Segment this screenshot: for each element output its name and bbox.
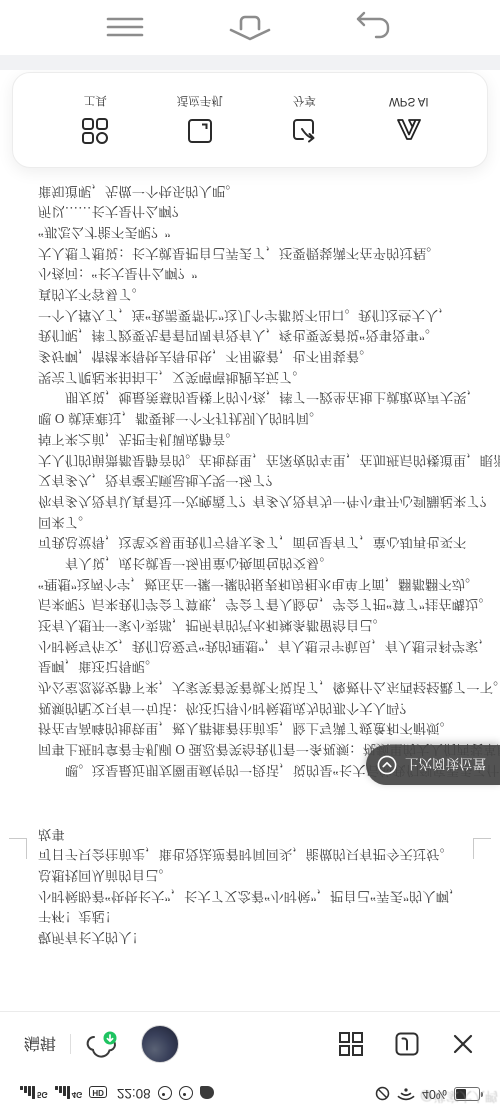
weibo-watermark: @谁家大人鸭 <box>420 1088 498 1107</box>
document-line: 敬所有长大的人！ <box>38 926 466 947</box>
canvas-gap <box>0 55 500 70</box>
toolbar-item-wps-ai[interactable]: WPS AI <box>357 96 462 145</box>
document-line: 回来了。 <box>38 511 466 532</box>
page-corner-mark <box>473 838 491 859</box>
document-line: 我们呢，摔了跤要先看看四周有没有人，疼也要笑着说“没事没事”。 <box>38 325 466 346</box>
edit-button[interactable]: 编辑 <box>24 1033 56 1056</box>
page-corner-mark <box>9 838 27 859</box>
chevron-down-circle-icon <box>377 755 397 775</box>
notification-chat-icon <box>200 1087 214 1100</box>
wps-ai-icon <box>394 115 424 145</box>
last-read-position-button[interactable]: 上次阅读位置 <box>366 745 500 785</box>
status-time: 22:08 <box>117 1087 151 1102</box>
notification-app-icon <box>179 1087 193 1101</box>
phone-screenshot: 5G 4G HD 22:08 40% @谁家大人 <box>0 0 500 1111</box>
document-line: 还有人想开一家小卖部，把所有的汽水和辣条都留给自己。 <box>38 614 466 635</box>
document-line: 大人想了想说：长大就是把自己弄丢了，还要假装满不在乎的过程。 <box>38 242 466 263</box>
document-line: 有人说，成长就是一场用童心换面包的交易。 <box>38 552 466 573</box>
wifi-icon <box>397 1087 415 1101</box>
document-line: 一个人撑久了，连“我需要帮忙”这几个字都说不出口。我们这些大人， <box>38 304 466 325</box>
document-line: 朋友说，她最羡慕的是楼下的小孩，摔了一跤坐在地上就敢放声大哭， <box>38 387 466 408</box>
cloud-sync-icon[interactable] <box>85 1031 119 1059</box>
document-line: 又有多久，没有毫无顾忌地大哭一场了？ <box>38 470 466 491</box>
document-line: 大人们的崩溃都是静音的。在地铁里，在深夜的车里，在加班后的楼道里，眼泪 <box>38 449 466 470</box>
document-line: 谁知道呢，先做一个快乐的人吧。 <box>38 180 466 201</box>
share-icon <box>289 117 319 147</box>
home-icon[interactable] <box>228 11 272 43</box>
document-line: 办公室忽然安静下来，大家笑着笑着就不说话了，像被什么东西轻轻戳了一下。 <box>38 676 466 697</box>
volte-hd-icon: HD <box>89 1087 107 1099</box>
document-line: 掉下来之前，先把手机调成静音。 <box>38 428 466 449</box>
document-line: 后来呢？后来我们学会了算账，学会了看人脸色，学会了把“算了”挂在嘴边。 <box>38 594 466 615</box>
network-type-sim1: 5G <box>37 1091 48 1100</box>
tools-grid-icon <box>80 117 110 147</box>
mute-icon <box>375 1087 390 1102</box>
signal-strength-sim1-icon: 5G <box>20 1087 48 1100</box>
document-line: 是啊，谁还记得呢。 <box>38 656 466 677</box>
document-line: 所以……长大是什么啊？ <box>38 201 466 222</box>
document-line: 可日子只会往前走，谁也没法逆着时间回头，能做的只有把今天过好。 <box>38 844 466 865</box>
close-icon[interactable] <box>450 1032 476 1058</box>
document-line: 哭完了爬起来拍拍土，又笑嘻嘻地跑去玩了。 <box>38 366 466 387</box>
last-read-position-label: 上次阅读位置 <box>405 755 486 775</box>
network-type-sim2: 4G <box>72 1091 83 1100</box>
recents-menu-icon[interactable] <box>103 11 147 43</box>
document-line: 干杯！走起！ <box>38 906 466 927</box>
toolbar-item-label: 分享 <box>293 94 316 110</box>
document-line: 可我总觉得，这笔交易里我们亏得太多了，面包是有了，童心却再也买不 <box>38 532 466 553</box>
document-line: 小时候写作文，我们总爱写“我的理想”，有人想当宇航员，有人想当科学家， <box>38 635 466 656</box>
wps-top-toolbar: 编辑 <box>0 1011 500 1077</box>
status-left-cluster: 5G 4G HD 22:08 <box>20 1087 214 1102</box>
notification-app-icon <box>158 1087 172 1101</box>
document-line: 小孩问：“长大是什么啊？” <box>38 263 466 284</box>
document-line: 你有多久没有认真看过一次晚霞了？有多久没有为一件小事开心到蹦起来了？ <box>38 490 466 511</box>
document-line: 故事 <box>38 823 466 844</box>
components-grid-icon[interactable] <box>338 1032 364 1058</box>
toolbar-item-fit-phone[interactable]: 适应手机 <box>148 94 253 147</box>
toolbar-divider <box>70 1035 71 1055</box>
toolbar-right-icons <box>338 1032 476 1058</box>
document-line: “那怎么才能不丢呢？” <box>38 221 466 242</box>
document-line: “理想”这两个字，被压在一摞一摞的报表和房租水电单下面，翻都翻不动。 <box>38 573 466 594</box>
toolbar-item-label: WPS AI <box>389 96 429 108</box>
flipped-screen: 5G 4G HD 22:08 40% @谁家大人 <box>0 0 500 1111</box>
toolbar-item-share[interactable]: 分享 <box>252 94 357 147</box>
toolbar-item-label: 适应手机 <box>177 94 223 110</box>
document-line: 总想找回从前的自己。 <box>38 864 466 885</box>
document-line: 真的太不容易了。 <box>38 283 466 304</box>
user-avatar[interactable] <box>141 1026 179 1064</box>
toolbar-item-tools[interactable]: 工具 <box>43 94 148 147</box>
mobile-view-icon[interactable] <box>394 1032 420 1058</box>
floating-toolbar: 工具 适应手机 分享 WPS AI <box>12 72 488 168</box>
document-text: 敬所有长大的人！干杯！走起！小时候盼着“快快长大”，长大了又念着“小时候”，把自… <box>38 180 466 947</box>
signal-strength-sim2-icon: 4G <box>55 1087 83 1100</box>
status-bar: 5G 4G HD 22:08 40% @谁家大人 <box>0 1077 500 1111</box>
document-line: 视频的配文只有一句话：你还记得小时候想成为的那个大人吗？ <box>38 697 466 718</box>
toolbar-item-label: 工具 <box>84 94 107 110</box>
document-line: 挤在早高峰的地铁里，被人群推着往前走，脸上写满了疲惫和不耐烦。 <box>38 718 466 739</box>
document-line: 嗯 O 就连难过，都要挑一个不打扰别人的时间。 <box>38 408 466 429</box>
document-page[interactable]: 敬所有长大的人！干杯！走起！小时候盼着“快快长大”，长大了又念着“小时候”，把自… <box>0 66 500 1011</box>
fit-phone-icon <box>185 117 215 147</box>
android-nav-bar <box>0 0 500 55</box>
document-line: 多好啊，情绪来得快去得也快，不用憋着，也不用装着。 <box>38 345 466 366</box>
document-line: 小时候盼着“快快长大”，长大了又念着“小时候”，把自己“弄丢”的人啊， <box>38 885 466 906</box>
back-icon[interactable] <box>350 11 394 43</box>
